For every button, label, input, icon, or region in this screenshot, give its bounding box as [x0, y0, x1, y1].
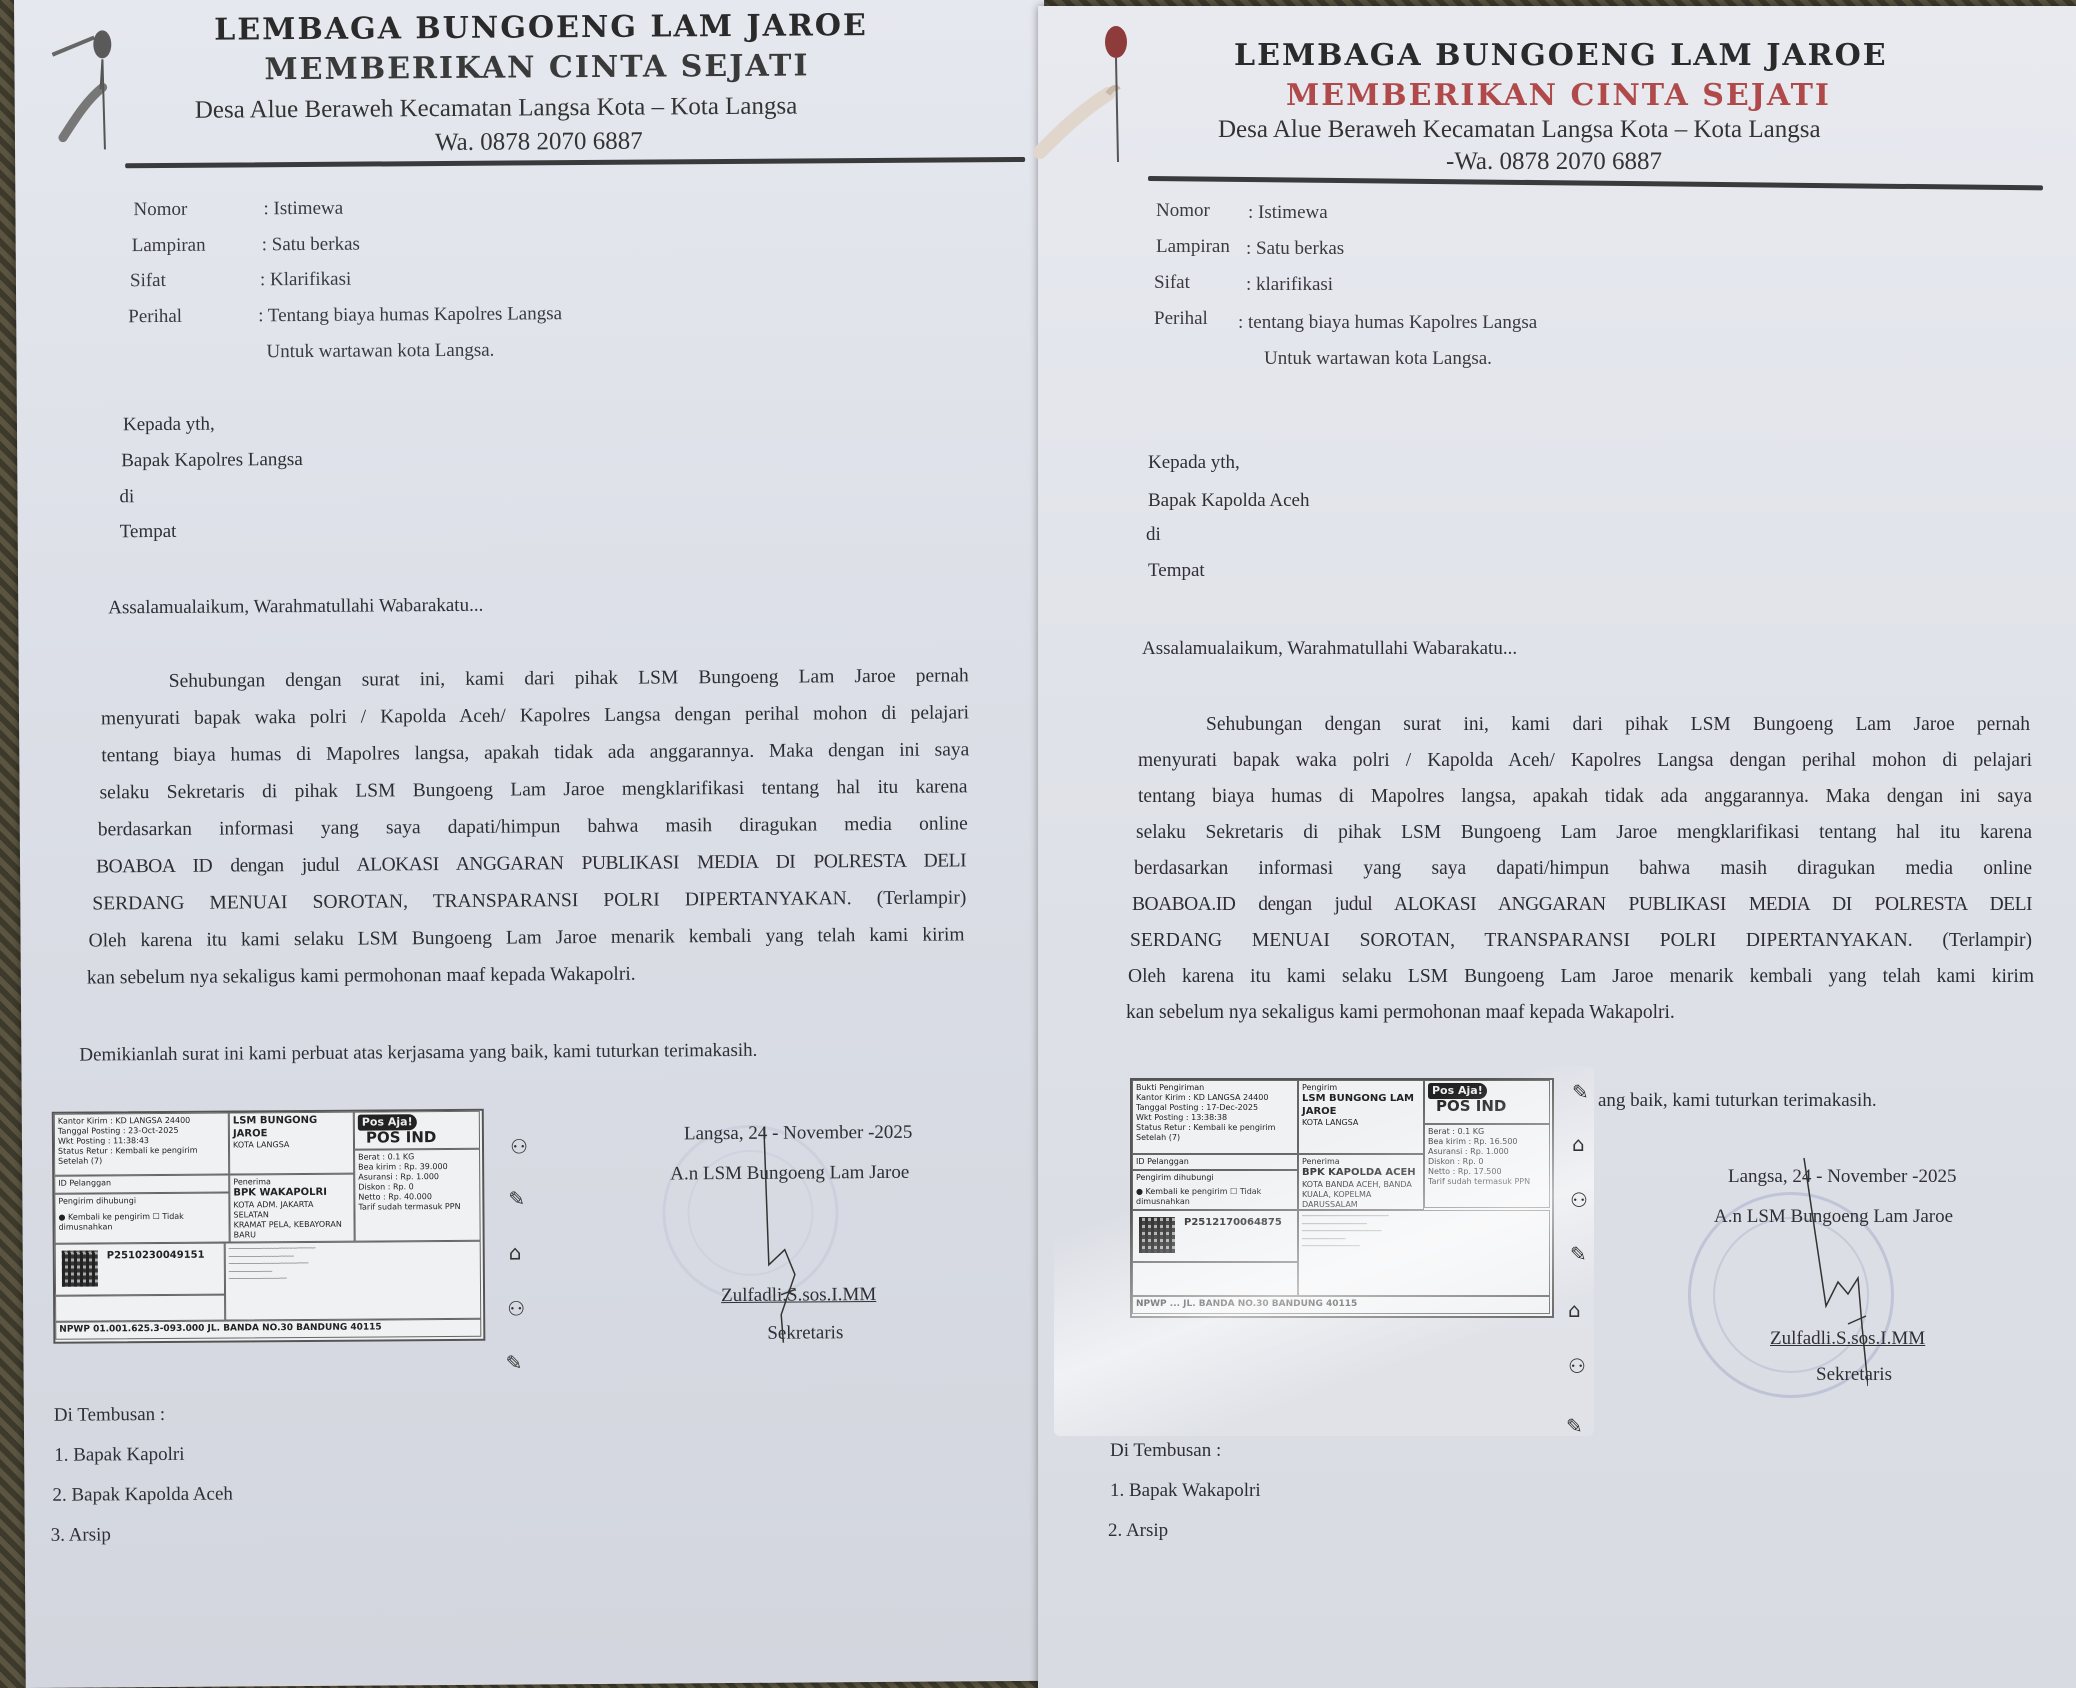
kop-divider: [1148, 176, 2043, 190]
body-line: kan sebelum nya sekaligus kami permohona…: [1126, 1002, 2032, 1024]
body-line: Oleh karena itu kami selaku LSM Bungoeng…: [88, 924, 964, 952]
meta-label-perihal: Perihal: [128, 306, 182, 328]
stamp-perforation-icon: ✎: [1566, 1414, 1583, 1438]
label-tracking: P2510230049151: [55, 1243, 225, 1296]
label-recipient: Penerima BPK WAKAPOLRI KOTA ADM. JAKARTA…: [229, 1174, 354, 1243]
label-sender-name: LSM BUNGONG JAROE: [233, 1115, 350, 1141]
pos-indonesia-logo: POS IND: [366, 1130, 436, 1144]
label-return-options: Pengirim dihubungi ● Kembali ke pengirim…: [54, 1193, 229, 1244]
body-line: selaku Sekretaris di pihak LSM Bungoeng …: [1136, 822, 2032, 844]
recipient-line: Tempat: [1148, 560, 1205, 582]
label-sender: LSM BUNGONG JAROE KOTA LANGSA: [229, 1112, 354, 1175]
stamp-perforation-icon: ✎: [1570, 1242, 1587, 1266]
body-line: SERDANG MENUAI SOROTAN, TRANSPARANSI POL…: [1130, 930, 2032, 952]
meta-value-nomor: : Istimewa: [263, 198, 343, 221]
body-line: Sehubungan dengan surat ini, kami dari p…: [169, 665, 969, 693]
postal-receipt-label: Kantor Kirim : KD LANGSA 24400 Tanggal P…: [52, 1109, 486, 1344]
label-sender-city: KOTA LANGSA: [233, 1140, 350, 1151]
body-line: BOABOA.ID dengan judul ALOKASI ANGGARAN …: [1132, 894, 2032, 916]
kop-address: Desa Alue Beraweh Kecamatan Langsa Kota …: [1218, 116, 1821, 144]
signature-mark: [1768, 1156, 1868, 1396]
body-line: tentang biaya humas di Mapolres langsa, …: [1138, 786, 2032, 808]
label-costs: Berat : 0.1 KG Bea kirim : Rp. 39.000 As…: [354, 1149, 481, 1242]
label-options-row: ● Kembali ke pengirim ☐ Tidak dimusnahka…: [58, 1212, 225, 1233]
recipient-line: di: [119, 486, 134, 508]
body-line: BOABOA ID dengan judul ALOKASI ANGGARAN …: [96, 850, 966, 878]
meta-value-sifat: : klarifikasi: [1246, 274, 1333, 296]
tape-glare: [1054, 1066, 1594, 1436]
label-terms: ────────────────────────────────────────…: [225, 1241, 482, 1321]
stamp-perforation-icon: ⌂: [1568, 1298, 1581, 1322]
meta-value-lampiran: : Satu berkas: [1246, 238, 1344, 260]
kop-phone: -Wa. 0878 2070 6887: [1446, 148, 1662, 176]
recipient-line: Tempat: [120, 521, 177, 543]
body-line: kan sebelum nya sekaligus kami permohona…: [87, 961, 963, 989]
label-recipient-name: BPK WAKAPOLRI: [233, 1187, 350, 1200]
body-line: tentang biaya humas di Mapolres langsa, …: [101, 739, 969, 767]
stamp-perforation-icon: ✎: [508, 1186, 525, 1210]
recipient-name: Bapak Kapolda Aceh: [1148, 490, 1309, 512]
stamp-perforation-icon: ✎: [1572, 1080, 1589, 1104]
meta-perihal-continued: Untuk wartawan kota Langsa.: [266, 340, 494, 364]
label-brands: Pos Aja! POS IND: [354, 1111, 480, 1150]
label-text: Pengirim dihubungi: [58, 1196, 225, 1207]
recipient-name: Bapak Kapolres Langsa: [121, 449, 303, 472]
kop-title: LEMBAGA BUNGOENG LAM JAROE: [214, 8, 868, 48]
kop-address: Desa Alue Beraweh Kecamatan Langsa Kota …: [195, 93, 798, 125]
recipient-line: Kepada yth,: [123, 414, 215, 437]
kop-subtitle: MEMBERIKAN CINTA SEJATI: [1286, 78, 1831, 113]
closing-partial: ang baik, kami tuturkan terimakasih.: [1598, 1090, 1877, 1112]
greeting: Assalamualaikum, Warahmatullahi Wabaraka…: [1142, 638, 1517, 660]
rose-hand-logo-icon: [1030, 12, 1140, 162]
letter-right: LEMBAGA BUNGOENG LAM JAROE MEMBERIKAN CI…: [1038, 6, 2076, 1688]
meta-label-lampiran: Lampiran: [1156, 236, 1230, 258]
qr-code-icon: [62, 1250, 98, 1286]
stamp-perforation-icon: ⚇: [1568, 1354, 1586, 1378]
meta-label-lampiran: Lampiran: [132, 235, 206, 258]
label-text: KRAMAT PELA, KEBAYORAN BARU: [234, 1219, 351, 1240]
body-line: Oleh karena itu kami selaku LSM Bungoeng…: [1128, 966, 2034, 988]
meta-perihal-continued: Untuk wartawan kota Langsa.: [1264, 348, 1492, 370]
label-tracking-number: P2510230049151: [107, 1250, 221, 1263]
meta-label-nomor: Nomor: [1156, 200, 1210, 222]
meta-value-perihal: : Tentang biaya humas Kapolres Langsa: [258, 303, 562, 327]
signer-name: Zulfadli.S.sos.I.MM: [1770, 1328, 1925, 1350]
meta-value-lampiran: : Satu berkas: [262, 234, 360, 257]
body-line: Sehubungan dengan surat ini, kami dari p…: [1206, 714, 2030, 736]
cc-item: 3. Arsip: [51, 1524, 111, 1546]
label-footer: NPWP 01.001.625.3-093.000 JL. BANDA NO.3…: [55, 1319, 481, 1340]
cc-title: Di Tembusan :: [1110, 1440, 1221, 1462]
meta-label-sifat: Sifat: [1154, 272, 1190, 294]
label-customer-id: ID Pelanggan: [54, 1175, 229, 1194]
rose-hand-logo-icon: [32, 19, 143, 150]
label-cost-line: Tarif sudah termasuk PPN: [358, 1202, 476, 1213]
kop-divider: [125, 157, 1025, 168]
label-text: KOTA ADM. JAKARTA SELATAN: [233, 1199, 350, 1220]
label-text: Kembali ke pengirim: [68, 1212, 150, 1222]
signer-name: Zulfadli.S.sos.I.MM: [721, 1284, 876, 1307]
signer-position: Sekretaris: [767, 1322, 843, 1345]
meta-value-perihal: : tentang biaya humas Kapolres Langsa: [1238, 312, 1537, 334]
body-line: menyurati bapak waka polri / Kapolda Ace…: [101, 702, 969, 730]
label-sender-block: Kantor Kirim : KD LANGSA 24400 Tanggal P…: [54, 1113, 229, 1176]
stamp-perforation-icon: ⌂: [509, 1240, 522, 1264]
meta-label-nomor: Nomor: [133, 199, 187, 221]
stamp-perforation-icon: ✎: [505, 1350, 522, 1374]
stamp-perforation-icon: ⚇: [510, 1134, 528, 1158]
letter-left: LEMBAGA BUNGOENG LAM JAROE MEMBERIKAN CI…: [14, 0, 1056, 1688]
body-line: menyurati bapak waka polri / Kapolda Ace…: [1138, 750, 2032, 772]
kop-subtitle: MEMBERIKAN CINTA SEJATI: [264, 48, 809, 87]
meta-value-nomor: : Istimewa: [1248, 202, 1328, 224]
kop-title: LEMBAGA BUNGOENG LAM JAROE: [1234, 38, 1888, 73]
label-text: Setelah (7): [58, 1156, 225, 1167]
body-line: selaku Sekretaris di pihak LSM Bungoeng …: [99, 776, 967, 804]
signature-mark: [742, 1124, 834, 1345]
body-line: berdasarkan informasi yang saya dapati/h…: [98, 813, 968, 841]
body-line: SERDANG MENUAI SOROTAN, TRANSPARANSI POL…: [92, 887, 966, 915]
cc-item: 1. Bapak Kapolri: [54, 1444, 184, 1467]
cc-item: 2. Bapak Kapolda Aceh: [52, 1484, 233, 1507]
greeting: Assalamualaikum, Warahmatullahi Wabaraka…: [108, 595, 483, 620]
stamp-perforation-icon: ⌂: [1572, 1132, 1585, 1156]
kop-phone: Wa. 0878 2070 6887: [435, 128, 643, 157]
label-service: [55, 1295, 225, 1322]
closing: Demikianlah surat ini kami perbuat atas …: [79, 1040, 757, 1067]
meta-label-perihal: Perihal: [1154, 308, 1208, 330]
signer-position: Sekretaris: [1816, 1364, 1892, 1386]
cc-item: 1. Bapak Wakapolri: [1110, 1480, 1261, 1502]
body-line: berdasarkan informasi yang saya dapati/h…: [1134, 858, 2032, 880]
recipient-line: di: [1146, 524, 1161, 546]
meta-label-sifat: Sifat: [130, 270, 166, 292]
stamp-perforation-icon: ⚇: [507, 1296, 525, 1320]
stamp-perforation-icon: ⚇: [1570, 1188, 1588, 1212]
recipient-line: Kepada yth,: [1148, 452, 1240, 474]
cc-item: 2. Arsip: [1108, 1520, 1168, 1542]
cc-title: Di Tembusan :: [54, 1404, 165, 1427]
meta-value-sifat: : Klarifikasi: [260, 269, 351, 292]
